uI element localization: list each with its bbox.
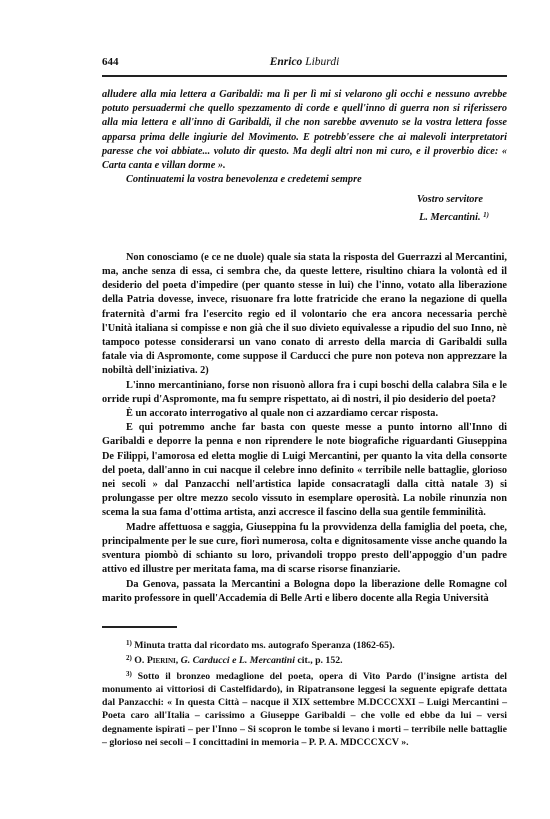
footnote-title: G. Carducci e L. Mercantini bbox=[181, 655, 295, 666]
prose-paragraph: Non conosciamo (e ce ne duole) quale sia… bbox=[102, 251, 507, 379]
prose-paragraph: L'inno mercantiniano, forse non risuonò … bbox=[102, 379, 507, 407]
footnote-1: 1) Minuta tratta dal ricordato ms. autog… bbox=[102, 637, 507, 652]
footnote-number: 3) bbox=[126, 670, 132, 678]
prose-paragraph: Da Genova, passata la Mercantini a Bolog… bbox=[102, 578, 507, 606]
prose-paragraph: E qui potremmo anche far basta con quest… bbox=[102, 421, 507, 520]
footnote-ref: 1) bbox=[483, 211, 489, 219]
author-first-name: Enrico bbox=[270, 56, 303, 68]
footnote-text: Sotto il bronzeo medaglione del poeta, o… bbox=[102, 671, 507, 748]
footnote-number: 2) bbox=[126, 654, 132, 662]
footnote-number: 1) bbox=[126, 639, 132, 647]
author-last-name: Liburdi bbox=[305, 56, 339, 68]
footnotes: 1) Minuta tratta dal ricordato ms. autog… bbox=[102, 637, 507, 749]
footnote-author: O. Pierini, bbox=[134, 655, 178, 666]
letter-paragraph: alludere alla mia lettera a Garibaldi: m… bbox=[102, 88, 507, 173]
book-page: 644 Enrico Liburdi alludere alla mia let… bbox=[102, 56, 507, 749]
header-rule bbox=[102, 75, 507, 77]
footnote-2: 2) O. Pierini, G. Carducci e L. Mercanti… bbox=[102, 652, 507, 667]
footnote-text: Minuta tratta dal ricordato ms. autograf… bbox=[134, 640, 394, 651]
footnote-3: 3) Sotto il bronzeo medaglione del poeta… bbox=[102, 668, 507, 750]
running-title: Enrico Liburdi bbox=[102, 56, 507, 68]
signature-line-2: L. Mercantini. 1) bbox=[102, 208, 489, 225]
footnote-text: cit., p. 152. bbox=[297, 655, 342, 666]
page-header: 644 Enrico Liburdi bbox=[102, 56, 507, 72]
prose-paragraph: Madre affettuosa e saggia, Giuseppina fu… bbox=[102, 521, 507, 578]
signature-name: L. Mercantini. bbox=[419, 212, 481, 223]
main-prose: Non conosciamo (e ce ne duole) quale sia… bbox=[102, 251, 507, 606]
letter-closing: Continuatemi la vostra benevolenza e cre… bbox=[102, 173, 507, 187]
footnote-rule bbox=[102, 626, 177, 628]
prose-paragraph: È un accorato interrogativo al quale non… bbox=[102, 407, 507, 421]
signature-line-1: Vostro servitore bbox=[102, 193, 483, 207]
